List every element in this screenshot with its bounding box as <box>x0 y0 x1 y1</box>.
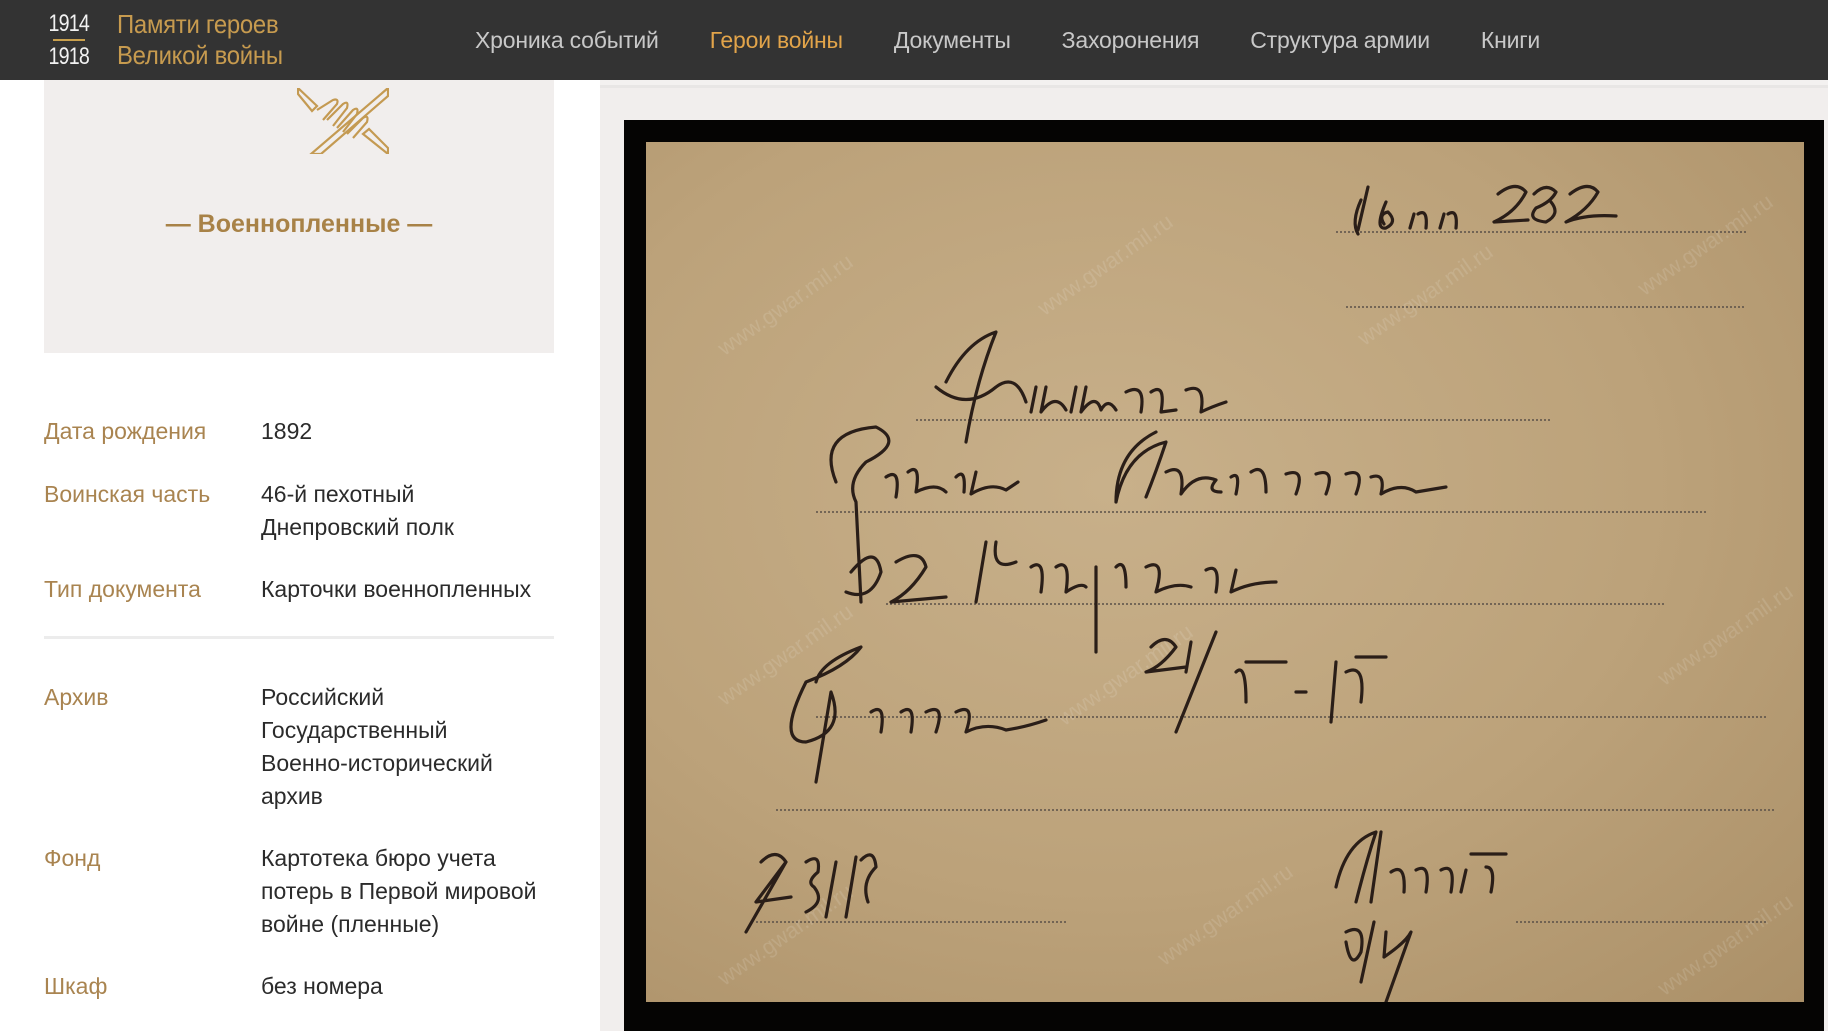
logo-title: Памяти героев Великой войны <box>117 9 297 71</box>
site-logo[interactable]: 1914 1918 Памяти героев Великой войны <box>44 6 298 74</box>
handwriting-layer <box>646 142 1804 1002</box>
nav-army-structure[interactable]: Структура армии <box>1250 27 1430 54</box>
nav-heroes[interactable]: Герои войны <box>710 27 843 54</box>
logo-year-start: 1914 <box>48 10 89 37</box>
document-image[interactable]: www.gwar.mil.ru www.gwar.mil.ru www.gwar… <box>646 142 1804 1002</box>
detail-value: Российский Государственный Военно-истори… <box>261 681 511 813</box>
logo-title-line1: Памяти героев <box>117 9 283 40</box>
document-viewer: www.gwar.mil.ru www.gwar.mil.ru www.gwar… <box>600 80 1828 1031</box>
column-gap <box>554 80 600 1031</box>
category-box: — Военнопленные — <box>44 80 554 353</box>
logo-divider <box>53 39 85 41</box>
detail-value[interactable]: 46-й пехотный Днепровский полк <box>261 478 491 544</box>
detail-value: 1892 <box>261 415 554 448</box>
document-image-frame[interactable]: www.gwar.mil.ru www.gwar.mil.ru www.gwar… <box>624 120 1824 1031</box>
detail-row-birth-date: Дата рождения 1892 <box>44 415 554 448</box>
detail-value: Карточки военнопленных <box>261 573 554 606</box>
main-nav: Хроника событий Герои войны Документы За… <box>475 0 1591 80</box>
detail-row-document-type: Тип документа Карточки военнопленных <box>44 573 554 606</box>
detail-label: Воинская часть <box>44 478 261 544</box>
viewer-top-border <box>600 80 1828 88</box>
detail-row-fund: Фонд Картотека бюро учета потерь в Перво… <box>44 842 554 941</box>
left-panel: — Военнопленные — <box>44 80 554 353</box>
detail-value: Картотека бюро учета потерь в Первой мир… <box>261 842 554 941</box>
barbed-wire-icon <box>297 88 389 154</box>
detail-label: Архив <box>44 681 261 813</box>
detail-label: Дата рождения <box>44 415 261 448</box>
detail-row-military-unit: Воинская часть 46-й пехотный Днепровский… <box>44 478 554 544</box>
nav-burials[interactable]: Захоронения <box>1062 27 1200 54</box>
logo-title-line2: Великой войны <box>117 40 283 71</box>
logo-year-end: 1918 <box>48 43 89 70</box>
detail-label: Фонд <box>44 842 261 941</box>
detail-label: Тип документа <box>44 573 261 606</box>
nav-chronicle[interactable]: Хроника событий <box>475 27 659 54</box>
logo-years: 1914 1918 <box>44 10 93 70</box>
site-header: 1914 1918 Памяти героев Великой войны Хр… <box>0 0 1828 80</box>
nav-books[interactable]: Книги <box>1481 27 1540 54</box>
detail-label: Шкаф <box>44 970 261 1003</box>
detail-value: без номера <box>261 970 554 1003</box>
category-title: — Военнопленные — <box>44 210 554 239</box>
section-divider <box>44 636 554 639</box>
nav-documents[interactable]: Документы <box>894 27 1011 54</box>
detail-row-cabinet: Шкаф без номера <box>44 970 554 1003</box>
details-list: Дата рождения 1892 Воинская часть 46-й п… <box>44 415 554 1003</box>
detail-row-archive: Архив Российский Государственный Военно-… <box>44 681 554 813</box>
